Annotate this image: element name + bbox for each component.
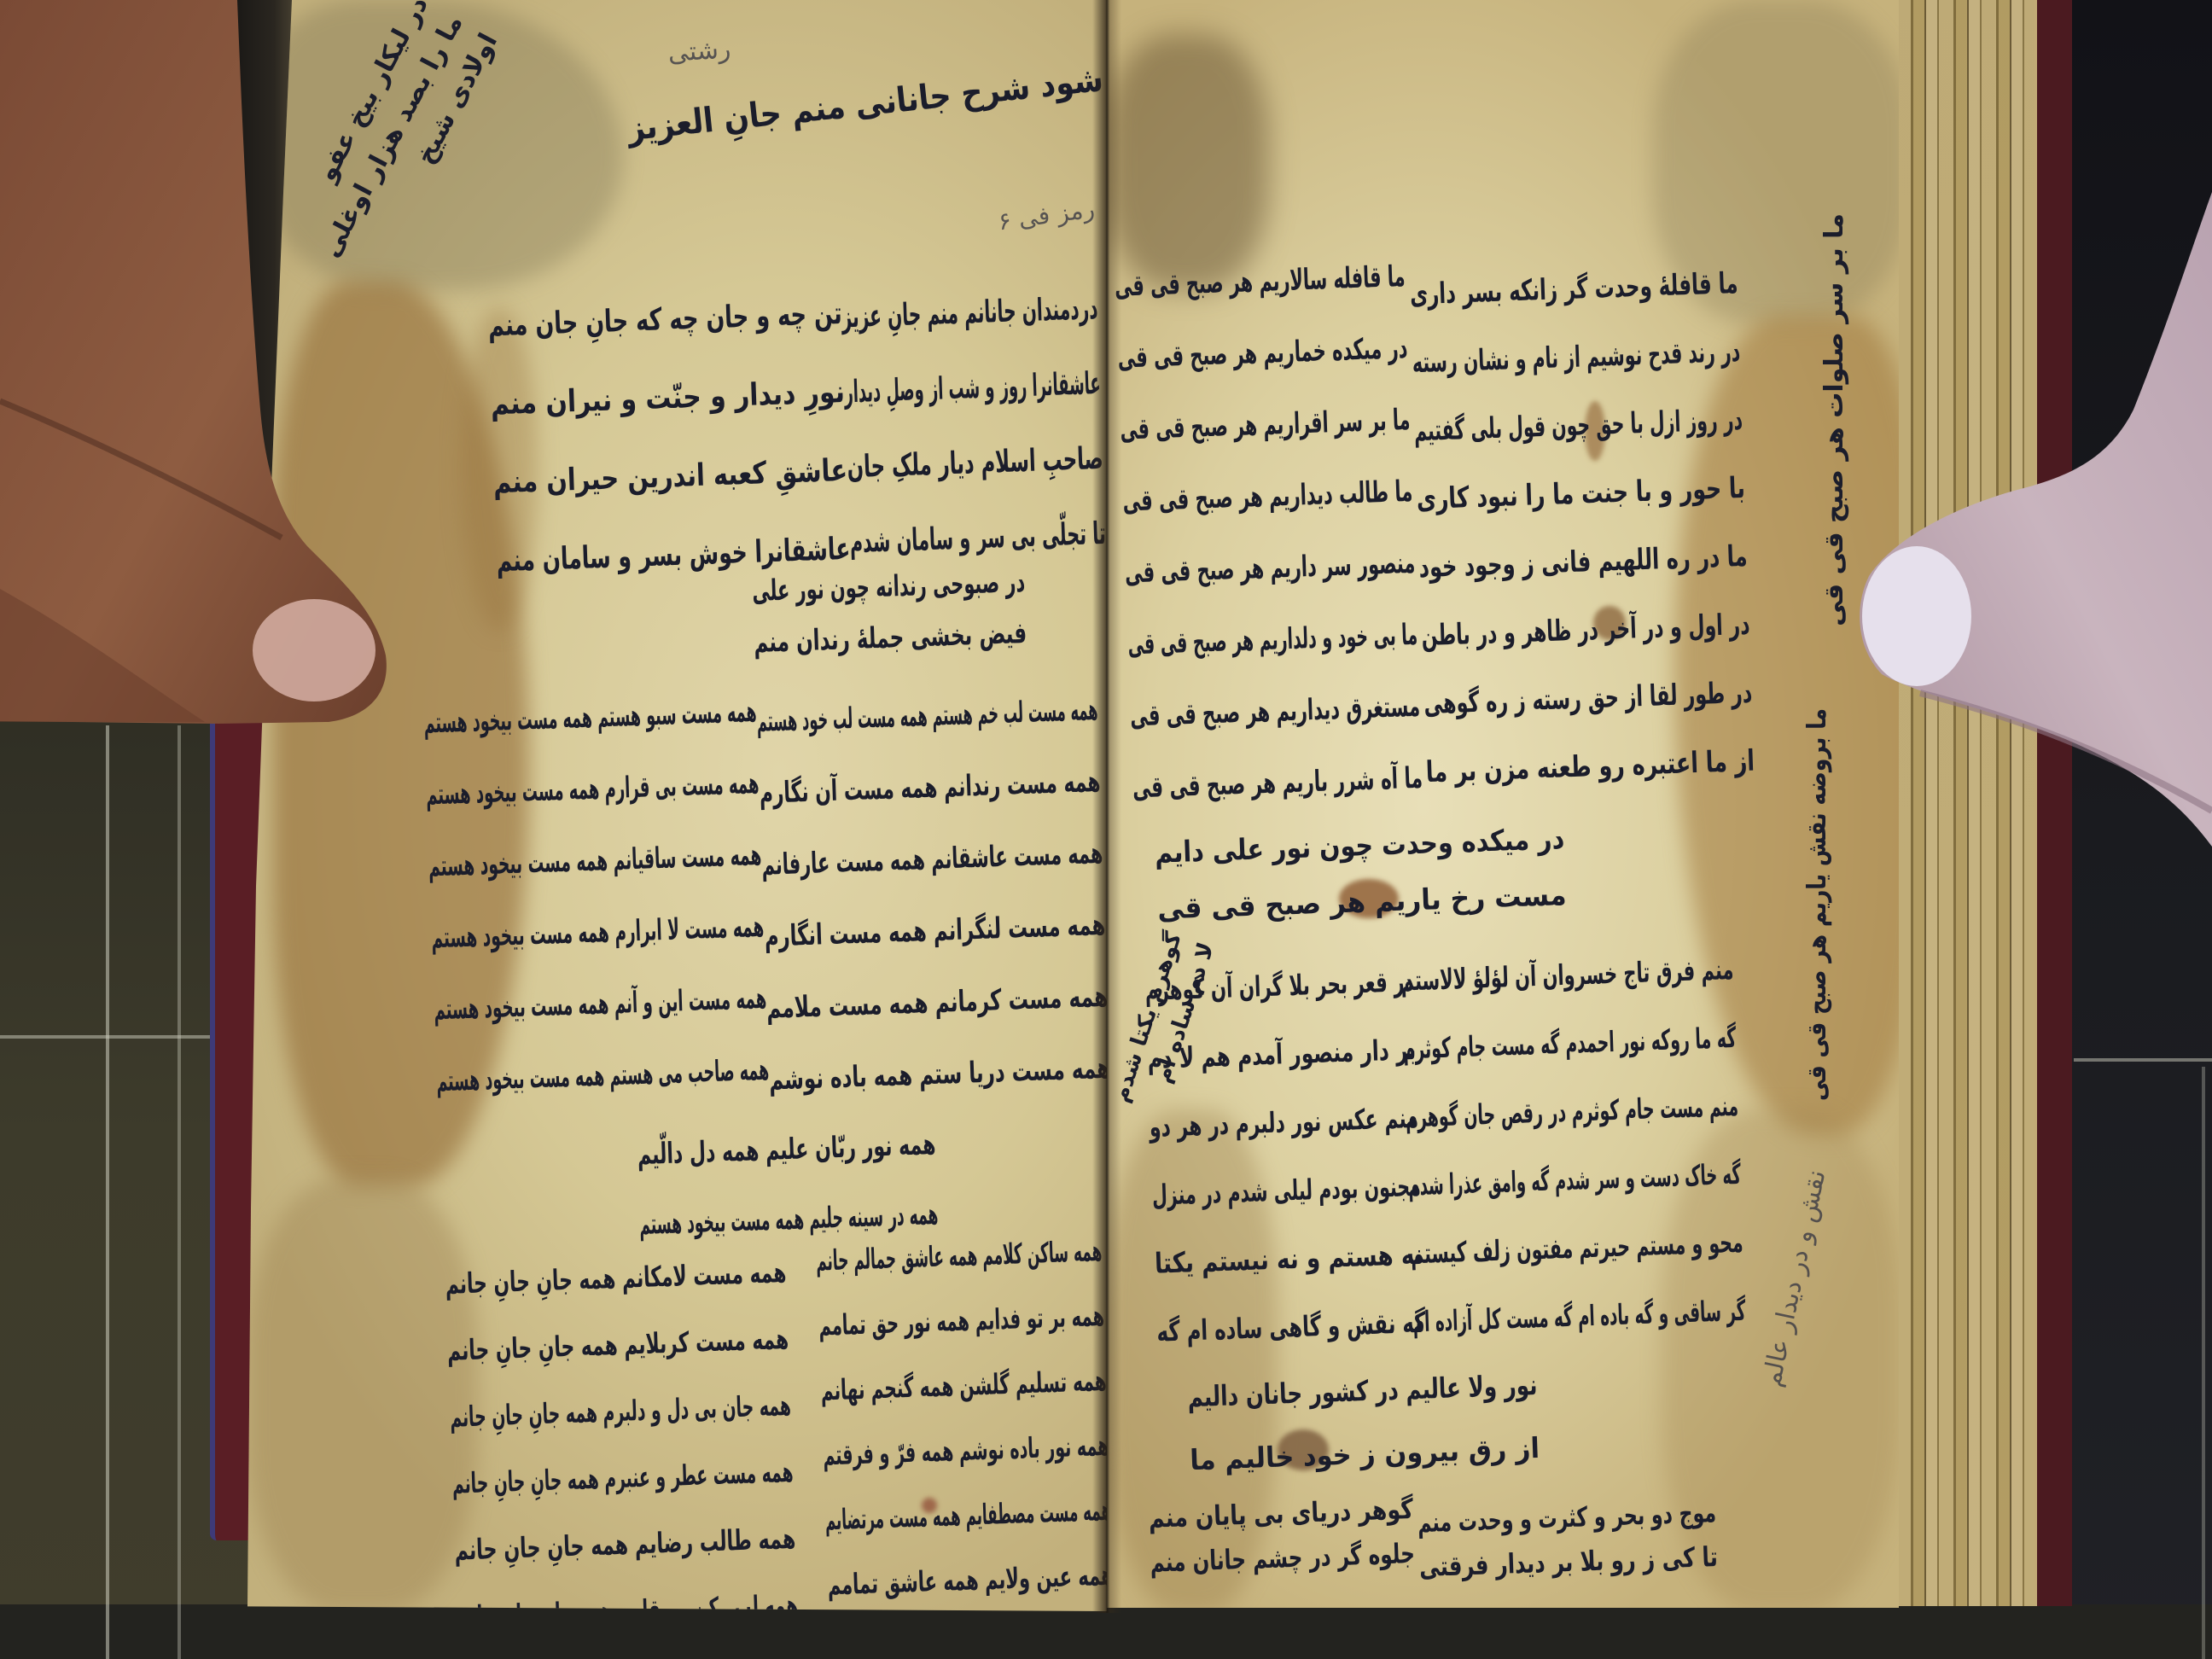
- left-hand: [0, 0, 387, 724]
- left-thumbnail: [253, 599, 375, 701]
- hands-overlay: [0, 0, 2212, 1659]
- right-hand-skin: [1860, 192, 2212, 847]
- right-thumbnail: [1862, 546, 1971, 686]
- right-hand: [1860, 192, 2212, 847]
- photo-scene: شود شرح جانانی منم جانِ العزیز رشتی رمز …: [0, 0, 2212, 1659]
